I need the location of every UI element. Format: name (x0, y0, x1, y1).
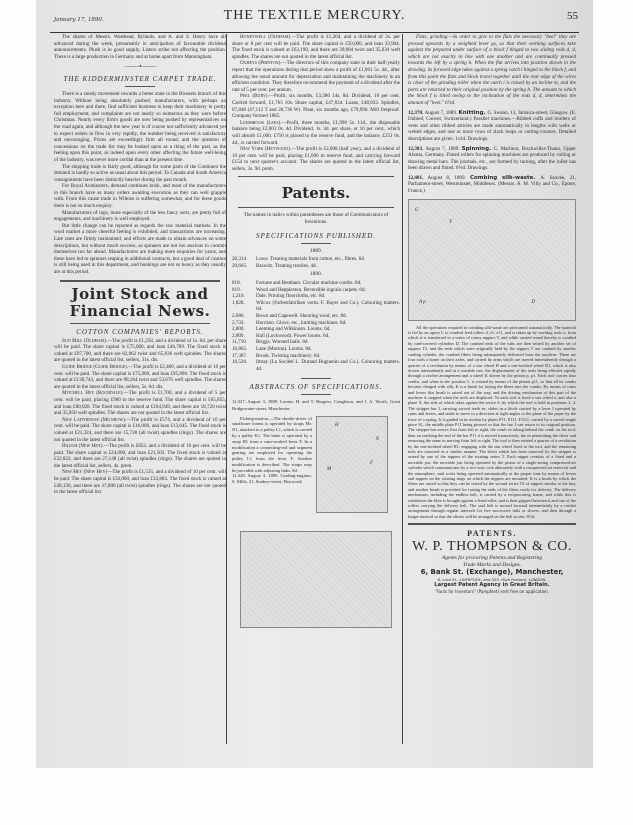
company-name: Haugh (New Hey). (62, 443, 104, 449)
specification-text: Hall (Lockwood). Power looms. 6d. (256, 333, 400, 340)
column-3: Flats, grinding.—In order to give to the… (408, 34, 576, 594)
company-name: Guide Bridge (Guide Bridge). (62, 364, 128, 370)
header-rule (50, 32, 579, 33)
specification-text: Bown and Capewell. Shearing wool, etc. 8… (256, 313, 400, 320)
company-name: Oxheys (Preston). (240, 60, 282, 66)
company-report: New Ladyhouse (Milnrow).—The profit is £… (54, 417, 226, 443)
specification-row: 20,314.Lowe. Treating materials from cot… (232, 256, 400, 263)
newspaper-page: January 17, 1890. THE TEXTILE MERCURY. 5… (36, 0, 593, 768)
company-report: Sun Mill (Oldham).—The profit is £1,258,… (54, 338, 226, 364)
specification-row: 2,800.Leeming and Wilkinson. Looms. 6d. (232, 326, 400, 333)
ad-firm-name: W. P. THOMPSON & CO. (408, 539, 576, 555)
specification-text: Dale. Printing floorcloths, etc. 8d. (256, 293, 400, 300)
abstract-date: August 7, 1889. (425, 110, 459, 116)
specification-number: 11,710. (232, 339, 256, 346)
kidderminster-paragraph: But little change can be reported as reg… (54, 223, 226, 276)
specification-text: Baswitz. Treating textiles. 4d. (256, 263, 400, 270)
specification-text: Fortune and Bentham. Circular machine co… (256, 280, 400, 287)
abstract-keyword: Knitting. (458, 110, 487, 116)
year-label: 1890. (232, 271, 400, 278)
company-name: New York (Heywood). (240, 146, 291, 152)
kidderminster-heading: THE KIDDERMINSTER CARPET TRADE. (54, 75, 226, 84)
abstract-entry: 12,383. August 7, 1889. Spinning. C. Mar… (408, 146, 576, 172)
column-2: Honeywell (Oldham).—The profit is £1,264… (232, 34, 400, 628)
specification-number: 1,210. (232, 293, 256, 300)
specifications-heading: SPECIFICATIONS PUBLISHED. (232, 232, 400, 241)
specification-text: Leeming and Wilkinson. Looms. 6d. (256, 326, 400, 333)
specification-row: 11,710.Briggs. Worsted balls. 8d. (232, 339, 400, 346)
specification-number: 2,686. (232, 313, 256, 320)
heading-line-2: Financial News. (54, 303, 226, 320)
company-report: Haugh (New Hey).—The profit is £852, and… (54, 443, 226, 469)
specification-number: 818. (232, 280, 256, 287)
flats-grinding-paragraph: Flats, grinding.—In order to give to the… (408, 34, 576, 107)
abstract-number: 12,383. (408, 146, 425, 152)
patents-note: The names in italics within parentheses … (232, 212, 400, 225)
page-number: 55 (567, 10, 578, 22)
rule (70, 323, 210, 324)
heading-line-1: Joint Stock and (54, 286, 226, 303)
kidderminster-paragraph: Manufacturers of rugs, more especially o… (54, 210, 226, 223)
specification-row: 2,733.Harrison. Glove, etc., knitting ma… (232, 320, 400, 327)
thompson-advertisement: PATENTS. W. P. THOMPSON & CO. Agents for… (408, 529, 576, 594)
company-name: Peel (Bury). (240, 93, 269, 99)
specifications-list-1889: 20,314.Lowe. Treating materials from cot… (232, 256, 400, 269)
company-report: Oxheys (Preston).—The directors of this … (232, 60, 400, 93)
section-rule (238, 207, 394, 208)
ornament-divider: ———•——— (54, 64, 226, 71)
specification-row: 1,828.Wilcox (Farbenfabriken vorm. F. Ba… (232, 300, 400, 313)
specification-row: 18,526.Imray (La Société L. Durand Hugue… (232, 359, 400, 372)
silk-combing-machine-figure: A p T D G (408, 199, 576, 321)
section-rule (60, 280, 220, 282)
abstract-keyword: Combing silk-waste. (470, 175, 540, 181)
abstract-number: 12,378. (408, 110, 425, 116)
specification-number: 2,809. (232, 333, 256, 340)
company-report: Mitchell Hey (Rochdale).—The profit is £… (54, 390, 226, 416)
abstract-entry: 12,401. August 8, 1889. Combing silk-was… (408, 175, 576, 195)
specifications-list-1890: 818.Fortune and Bentham. Circular machin… (232, 280, 400, 372)
section-rule (408, 523, 576, 525)
market-intro-paragraph: The shares of Messrs. Westhead, Rylands,… (54, 34, 226, 60)
abstract-date: August 7, 1889. (425, 146, 461, 152)
specification-number: 20,665. (232, 263, 256, 270)
specification-text: Lowe. Treating materials from cotton, et… (256, 256, 400, 263)
section-rule (238, 176, 394, 177)
abstract-date: August 8, 1889. (427, 175, 470, 181)
company-report: New York (Heywood).—The profit is £2,008… (232, 146, 400, 172)
company-name: New Ladyhouse (Milnrow). (62, 417, 126, 423)
short-rule (301, 378, 331, 379)
short-rule (301, 243, 331, 244)
ad-tagline: Largest Patent Agency in Great Britain. (408, 582, 576, 589)
specification-row: 2,809.Hall (Lockwood). Power looms. 6d. (232, 333, 400, 340)
cotton-reports-list: Sun Mill (Oldham).—The profit is £1,258,… (54, 338, 226, 496)
cotton-reports-heading: COTTON COMPANIES' REPORTS. (54, 328, 226, 337)
company-name: Mitchell Hey (Rochdale). (62, 390, 124, 396)
abstracts-list: 12,378. August 7, 1889. Knitting. G. Swa… (408, 110, 576, 195)
company-name: Honeywell (Oldham). (240, 34, 291, 40)
specification-row: 2,686.Bown and Capewell. Shearing wool, … (232, 313, 400, 320)
column-divider (402, 34, 403, 744)
specification-number: 819. (232, 287, 256, 294)
specification-text: Wilcox (Farbenfabriken vorm. F. Bayer an… (256, 300, 400, 313)
year-label: 1889. (232, 248, 400, 255)
patents-heading: Patents. (232, 183, 400, 203)
column-1: The shares of Messrs. Westhead, Rylands,… (54, 34, 226, 496)
specification-number: 16,865. (232, 346, 256, 353)
company-name: New Hey (New Hey) (62, 469, 107, 475)
company-report: Guide Bridge (Guide Bridge).—The profit … (54, 364, 226, 390)
specification-row: 16,865.Lake (Morton). Looms. 8d. (232, 346, 400, 353)
specification-row: 20,665.Baswitz. Treating textiles. 4d. (232, 263, 400, 270)
specification-number: 18,526. (232, 359, 256, 372)
company-report: New Hey (New Hey)—The profit is £1,535, … (54, 469, 226, 495)
abstract-header: 12,327. August 3, 1889. Looms. H. and T.… (232, 399, 400, 412)
specification-text: Imray (La Société L. Durand Huguenin and… (256, 359, 400, 372)
combing-description: All the operations required in combing s… (408, 325, 576, 520)
specification-number: 2,800. (232, 326, 256, 333)
abstracts-heading: ABSTRACTS OF SPECIFICATIONS. (232, 383, 400, 392)
short-rule (301, 394, 331, 395)
specification-number: 20,314. (232, 256, 256, 263)
company-name: Sun Mill (Oldham). (62, 338, 107, 344)
specification-text: Harrison. Glove, etc., knitting machines… (256, 320, 400, 327)
abstract-keyword: Spinning. (462, 146, 494, 152)
carding-engine-figure (240, 531, 392, 628)
kidderminster-paragraph: The shipping trade is fairly good, altho… (54, 164, 226, 184)
ad-pamphlet-note: "Facts for Inventors" (Pamphlet) sent fr… (408, 589, 576, 594)
page-header: January 17, 1890. THE TEXTILE MERCURY. 5… (36, 8, 593, 30)
company-report: Peel (Bury).—Profit, six months, £3,386 … (232, 93, 400, 119)
specification-row: 818.Fortune and Bentham. Circular machin… (232, 280, 400, 287)
masthead-title: THE TEXTILE MERCURY. (36, 8, 593, 24)
specification-text: Briggs. Worsted balls. 8d. (256, 339, 400, 346)
specification-number: 2,733. (232, 320, 256, 327)
company-name: Leesbrook (Lees). (240, 120, 281, 126)
abstract-entry: 12,378. August 7, 1889. Knitting. G. Swa… (408, 110, 576, 143)
specification-number: 17,387. (232, 353, 256, 360)
short-rule (125, 86, 155, 87)
ad-address: 6, Bank St. (Exchange), Manchester, (408, 568, 576, 577)
column-divider (226, 34, 227, 744)
cotton-reports-list: Honeywell (Oldham).—The profit is £1,264… (232, 34, 400, 172)
abstract-body: Picking-motion.—The shuttle-driver of sm… (232, 416, 312, 513)
specification-text: Lake (Morton). Looms. 8d. (256, 346, 400, 353)
joint-stock-heading: Joint Stock and Financial News. (54, 286, 226, 320)
kidderminster-paragraph: There is a steady movement towards a bet… (54, 91, 226, 164)
company-report: Honeywell (Oldham).—The profit is £1,264… (232, 34, 400, 60)
company-report: Leesbrook (Lees).—Profit, three months, … (232, 120, 400, 146)
abstract-header: 12,328. August 3, 1889. Carding-engines.… (232, 473, 312, 486)
kidderminster-paragraph: For Royal Axminsters, demand continues b… (54, 183, 226, 209)
loom-picking-motion-figure: H N M F (316, 416, 388, 513)
specification-number: 1,828. (232, 300, 256, 313)
ad-heading: PATENTS. (408, 529, 576, 539)
abstract-number: 12,401. (408, 175, 427, 181)
specification-row: 1,210.Dale. Printing floorcloths, etc. 8… (232, 293, 400, 300)
